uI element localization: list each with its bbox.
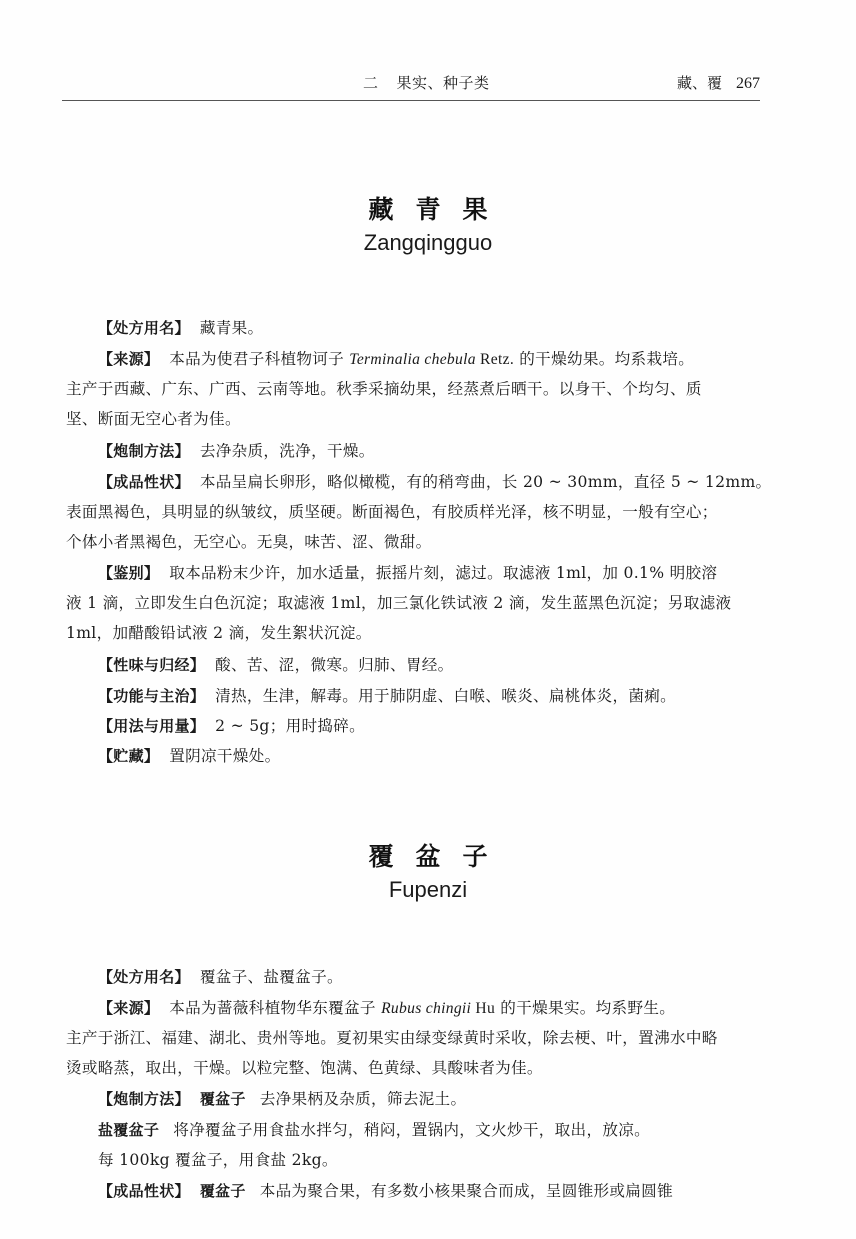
text-line: 1ml，加醋酸铅试液 2 滴，发生絮状沉淀。 [66, 623, 766, 643]
field-processing: 【炮制方法】覆盆子去净果柄及杂质，筛去泥土。 [98, 1089, 798, 1109]
entry-range: 藏、覆 [677, 74, 722, 92]
text-line: 表面黑褐色，具明显的纵皱纹，质坚硬。断面褐色，有胶质样光泽，核不明显，一般有空心… [66, 502, 766, 522]
field-storage: 【贮藏】置阴凉干燥处。 [98, 746, 798, 766]
text-line: 坚、断面无空心者为佳。 [66, 409, 766, 429]
entry-pinyin: Fupenzi [0, 877, 856, 903]
section-heading: 二果实、种子类 [363, 72, 490, 93]
field-processing: 【炮制方法】去净杂质，洗净，干燥。 [98, 441, 798, 461]
field-product-traits: 【成品性状】覆盆子本品为聚合果，有多数小核果聚合而成，呈圆锥形或扁圆锥 [98, 1181, 798, 1201]
page-number: 267 [736, 75, 760, 92]
field-prescription-name: 【处方用名】覆盆子、盐覆盆子。 [98, 967, 798, 987]
field-function-indication: 【功能与主治】清热，生津，解毒。用于肺阴虚、白喉、喉炎、扁桃体炎，菌痢。 [98, 686, 798, 706]
book-page: 二果实、种子类 藏、覆267 藏青果 Zangqingguo 【处方用名】藏青果… [0, 0, 856, 1239]
latin-name: Terminalia chebula [349, 351, 476, 368]
field-nature-meridian: 【性味与归经】酸、苦、涩，微寒。归肺、胃经。 [98, 655, 798, 675]
page-locator: 藏、覆267 [677, 72, 760, 93]
header-rule [62, 100, 760, 101]
text-line: 主产于西藏、广东、广西、云南等地。秋季采摘幼果，经蒸煮后晒干。以身干、个均匀、质 [66, 379, 766, 399]
field-identification: 【鉴别】取本品粉末少许，加水适量，振摇片刻，滤过。取滤液 1ml，加 0.1% … [98, 563, 798, 583]
field-prescription-name: 【处方用名】藏青果。 [98, 318, 798, 338]
text-line: 个体小者黑褐色，无空心。无臭，味苦、涩、微甜。 [66, 532, 766, 552]
field-source: 【来源】本品为使君子科植物诃子 Terminalia chebula Retz.… [98, 349, 798, 370]
latin-name: Rubus chingii [381, 1000, 471, 1017]
text-line: 每 100kg 覆盆子，用食盐 2kg。 [98, 1150, 798, 1170]
field-dosage: 【用法与用量】2 ~ 5g；用时捣碎。 [98, 716, 798, 736]
field-product-traits: 【成品性状】本品呈扁长卵形，略似橄榄，有的稍弯曲，长 20 ~ 30mm，直径 … [98, 472, 798, 492]
entry-title: 覆盆子 [0, 837, 856, 873]
text-line: 液 1 滴，立即发生白色沉淀；取滤液 1ml，加三氯化铁试液 2 滴，发生蓝黑色… [66, 593, 766, 613]
field-source: 【来源】本品为蔷薇科植物华东覆盆子 Rubus chingii Hu 的干燥果实… [98, 998, 798, 1019]
text-line: 烫或略蒸，取出，干燥。以粒完整、饱满、色黄绿、具酸味者为佳。 [66, 1058, 766, 1078]
entry-pinyin: Zangqingguo [0, 230, 856, 256]
running-header: 二果实、种子类 藏、覆267 [60, 72, 760, 96]
entry-title: 藏青果 [0, 190, 856, 226]
processing-salted: 盐覆盆子将净覆盆子用食盐水拌匀，稍闷，置锅内，文火炒干，取出，放凉。 [98, 1120, 798, 1140]
text-line: 主产于浙江、福建、湖北、贵州等地。夏初果实由绿变绿黄时采收，除去梗、叶，置沸水中… [66, 1028, 766, 1048]
